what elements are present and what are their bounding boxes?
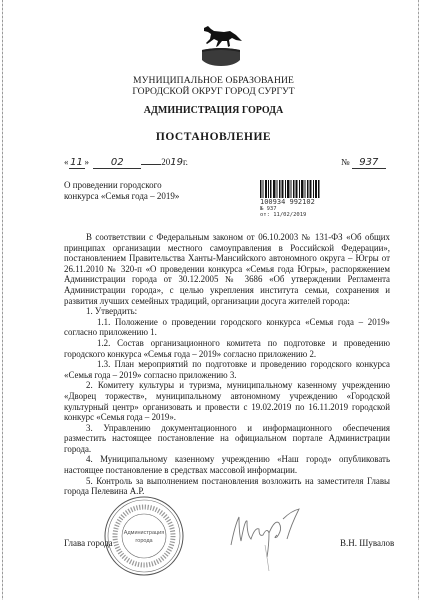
item-1-2: 1.2. Состав организационного комитета по…	[64, 338, 390, 359]
municipality-line-2: ГОРОДСКОЙ ОКРУГ ГОРОД СУРГУТ	[0, 86, 427, 97]
barcode-date: от: 11/02/2019	[260, 212, 315, 218]
document-subject: О проведении городского конкурса «Семья …	[64, 180, 179, 202]
date-year-prefix: 20	[161, 157, 170, 167]
signatory-title: Глава города	[64, 538, 113, 548]
item-4: 4. Муниципальному казенному учреждению «…	[64, 454, 390, 475]
official-stamp: Администрация города	[103, 495, 185, 577]
stamp-text-1: Администрация	[124, 530, 164, 536]
date-month: 02	[93, 157, 141, 169]
signatory-name: В.Н. Шувалов	[340, 538, 394, 548]
date-fill-line	[141, 164, 161, 165]
document-date: «11» 022019г.	[64, 157, 188, 169]
item-5: 5. Контроль за выполнением постановления…	[64, 476, 390, 497]
date-year-suffix: 19	[170, 157, 183, 168]
item-1: 1. Утвердить:	[64, 306, 390, 317]
barcode-caption: 100934 992102 № 937 от: 11/02/2019	[260, 198, 315, 218]
fox-emblem-icon	[198, 22, 244, 66]
preamble-paragraph: В соответствии с Федеральным законом от …	[64, 232, 390, 306]
subject-line-2: конкурса «Семья года – 2019»	[64, 191, 179, 202]
barcode-number: 100934 992102	[260, 198, 315, 206]
date-close-quote: »	[85, 157, 90, 167]
municipality-line-1: МУНИЦИПАЛЬНОЕ ОБРАЗОВАНИЕ	[0, 75, 427, 86]
item-1-1: 1.1. Положение о проведении городского к…	[64, 317, 390, 338]
number-value: 937	[352, 157, 386, 169]
document-body: В соответствии с Федеральным законом от …	[64, 232, 390, 497]
item-1-3: 1.3. План мероприятий по подготовке и пр…	[64, 359, 390, 380]
subject-line-1: О проведении городского	[64, 180, 179, 191]
authority-title: АДМИНИСТРАЦИЯ ГОРОДА	[0, 105, 427, 116]
barcode-icon	[260, 180, 320, 198]
document-type-title: ПОСТАНОВЛЕНИЕ	[0, 131, 427, 143]
item-2: 2. Комитету культуры и туризма, муниципа…	[64, 380, 390, 422]
handwritten-signature	[227, 505, 307, 575]
document-number: № 937	[341, 157, 386, 169]
date-day: 11	[69, 157, 85, 169]
stamp-text-2: города	[135, 538, 153, 544]
date-year-end: г.	[183, 157, 188, 167]
item-3: 3. Управлению документационного и информ…	[64, 423, 390, 455]
number-label: №	[341, 157, 350, 167]
